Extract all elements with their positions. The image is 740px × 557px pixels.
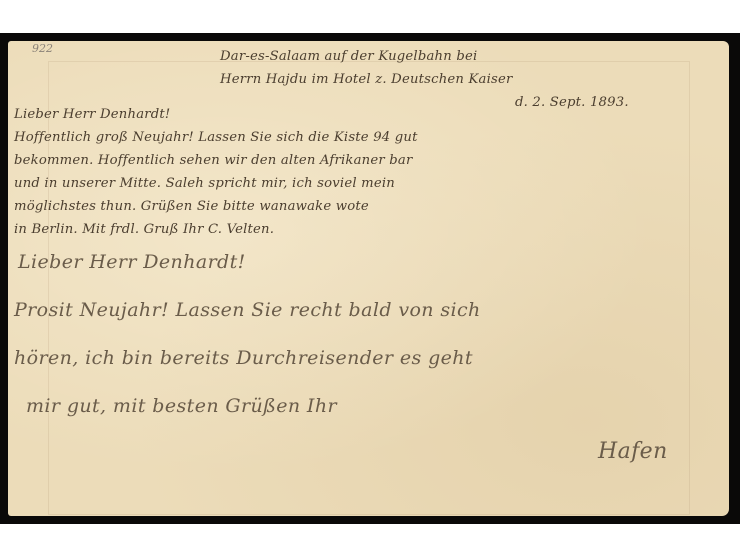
header-date: d. 2. Sept. 1893. bbox=[515, 95, 629, 110]
pencil-inventory-number: 922 bbox=[32, 42, 53, 55]
header-place-line-1: Dar-es-Salaam auf der Kugelbahn bei bbox=[220, 49, 477, 64]
second-message-salutation: Lieber Herr Denhardt! bbox=[18, 251, 246, 273]
first-message-line-with-signature: in Berlin. Mit frdl. Gruß Ihr C. Velten. bbox=[14, 222, 274, 237]
second-message-line: Prosit Neujahr! Lassen Sie recht bald vo… bbox=[14, 299, 481, 321]
first-message-line: Hoffentlich groß Neujahr! Lassen Sie sic… bbox=[14, 130, 418, 145]
first-message-line: bekommen. Hoffentlich sehen wir den alte… bbox=[14, 153, 412, 168]
postcard: 922 Dar-es-Salaam auf der Kugelbahn bei … bbox=[8, 41, 729, 516]
first-message-salutation: Lieber Herr Denhardt! bbox=[14, 107, 170, 122]
first-message-line: und in unserer Mitte. Saleh spricht mir,… bbox=[14, 176, 395, 191]
first-message-line: möglichstes thun. Grüßen Sie bitte wanaw… bbox=[14, 199, 369, 214]
second-message-signature: Hafen bbox=[598, 439, 668, 464]
header-place-line-2: Herrn Hajdu im Hotel z. Deutschen Kaiser bbox=[220, 72, 513, 87]
second-message-line: hören, ich bin bereits Durchreisender es… bbox=[14, 347, 473, 369]
second-message-line: mir gut, mit besten Grüßen Ihr bbox=[26, 395, 337, 417]
